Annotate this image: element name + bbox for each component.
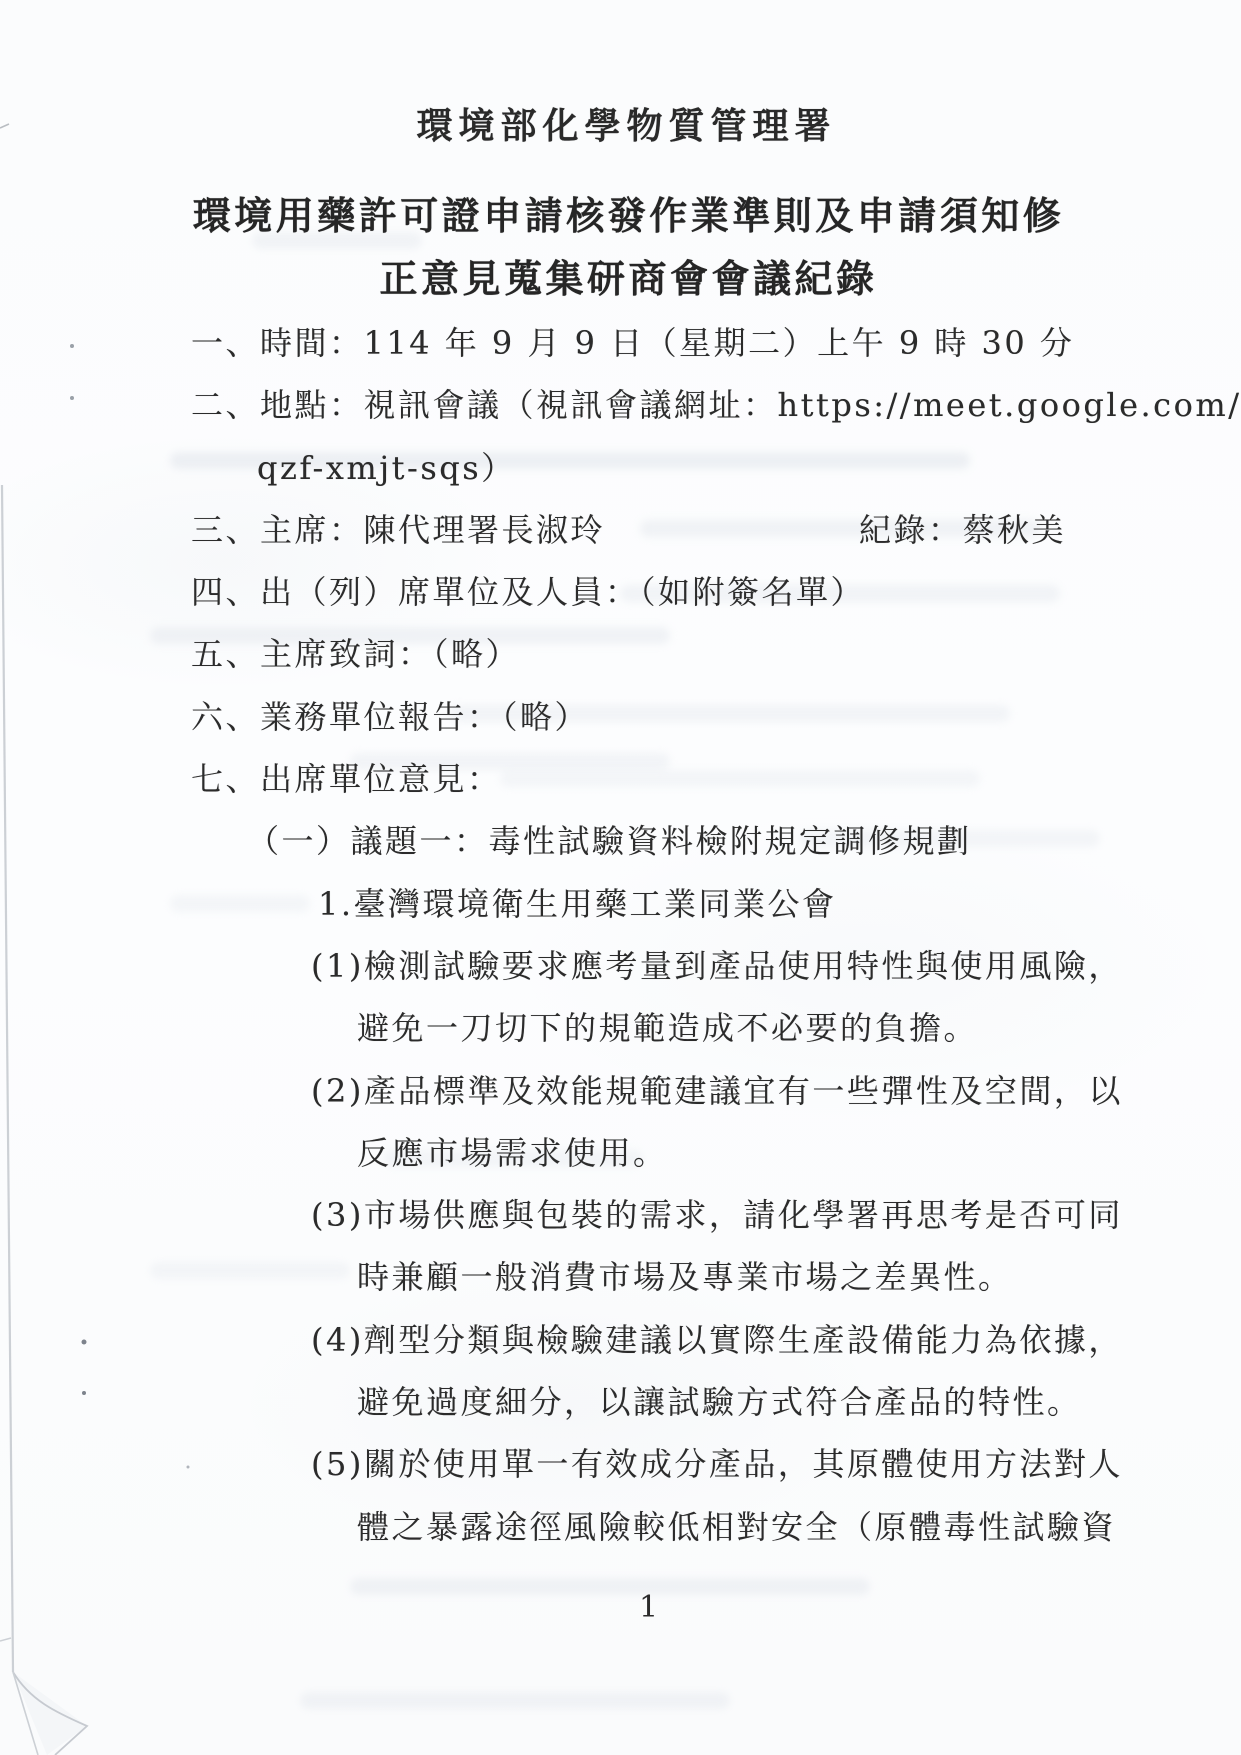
line-text: (5)關於使用單一有效成分產品，其原體使用方法對人	[311, 1445, 1123, 1483]
line-text: 五、主席致詞：（略）	[191, 635, 520, 673]
corner-fold-crease	[13, 1672, 38, 1755]
line-text: (4)劑型分類與檢驗建議以實際生產設備能力為依據，	[311, 1321, 1123, 1359]
line-text: 四、出（列）席單位及人員：（如附簽名單）	[191, 573, 865, 611]
line-text: 一、時間：114 年 9 月 9 日（星期二）上午 9 時 30 分	[191, 324, 1074, 362]
document-line: 四、出（列）席單位及人員：（如附簽名單）	[0, 561, 1241, 623]
doc-title-line2: 正意見蒐集研商會會議紀錄	[8, 247, 1241, 310]
document-line: (1)檢測試驗要求應考量到產品使用特性與使用風險，	[0, 935, 1241, 997]
line-text: 反應市場需求使用。	[357, 1134, 668, 1172]
document-line: (2)產品標準及效能規範建議宜有一些彈性及空間，以	[0, 1060, 1241, 1122]
line-text: 避免過度細分，以讓試驗方式符合產品的特性。	[357, 1383, 1082, 1421]
page-number: 1	[28, 1588, 1241, 1628]
document-line: 七、出席單位意見：	[0, 748, 1241, 810]
line-text: (2)產品標準及效能規範建議宜有一些彈性及空間，以	[311, 1072, 1123, 1110]
document-line: 時兼顧一般消費市場及專業市場之差異性。	[0, 1246, 1241, 1308]
org-title: 環境部化學物質管理署	[6, 104, 1241, 148]
document-line: 一、時間：114 年 9 月 9 日（星期二）上午 9 時 30 分	[0, 312, 1241, 374]
scanned-document-page: 環境部化學物質管理署 環境用藥許可證申請核發作業準則及申請須知修 正意見蒐集研商…	[0, 0, 1241, 1755]
document-line: 1.臺灣環境衛生用藥工業同業公會	[0, 873, 1241, 935]
line-text: 時兼顧一般消費市場及專業市場之差異性。	[357, 1258, 1013, 1296]
bleedthrough-artifact	[300, 1692, 730, 1709]
document-line: 六、業務單位報告：（略）	[0, 686, 1241, 748]
document-line: 五、主席致詞：（略）	[0, 623, 1241, 685]
line-text: 1.臺灣環境衛生用藥工業同業公會	[318, 885, 837, 923]
document-line: 避免過度細分，以讓試驗方式符合產品的特性。	[0, 1371, 1241, 1433]
line-text: (1)檢測試驗要求應考量到產品使用特性與使用風險，	[311, 947, 1123, 985]
document-line: （一）議題一：毒性試驗資料檢附規定調修規劃	[0, 810, 1241, 872]
line-text: 體之暴露途徑風險較低相對安全（原體毒性試驗資	[357, 1508, 1116, 1546]
document-body: 一、時間：114 年 9 月 9 日（星期二）上午 9 時 30 分 二、地點：…	[0, 312, 1241, 1558]
line-text: 避免一刀切下的規範造成不必要的負擔。	[357, 1009, 978, 1047]
line-text: 六、業務單位報告：（略）	[191, 698, 589, 736]
line-text: qzf-xmjt-sqs）	[257, 449, 516, 487]
edge-crease-tick	[0, 1638, 11, 1641]
document-line: 避免一刀切下的規範造成不必要的負擔。	[0, 997, 1241, 1059]
document-line: 二、地點：視訊會議（視訊會議網址：https://meet.google.com…	[0, 374, 1241, 436]
line-text: 七、出席單位意見：	[191, 760, 502, 798]
doc-title: 環境用藥許可證申請核發作業準則及申請須知修 正意見蒐集研商會會議紀錄	[8, 184, 1241, 310]
corner-fold-crease	[13, 1672, 87, 1755]
corner-fold-shadow	[13, 1672, 87, 1755]
document-line: qzf-xmjt-sqs）	[0, 437, 1241, 499]
line-text: (3)市場供應與包裝的需求，請化學署再思考是否可同	[311, 1196, 1123, 1234]
document-line: 三、主席：陳代理署長淑玲 紀錄：蔡秋美	[0, 499, 1241, 561]
line-text: （一）議題一：毒性試驗資料檢附規定調修規劃	[247, 822, 972, 860]
recorder-note: 紀錄：蔡秋美	[859, 499, 1066, 561]
line-text: 三、主席：陳代理署長淑玲	[191, 511, 605, 549]
document-line: (3)市場供應與包裝的需求，請化學署再思考是否可同	[0, 1184, 1241, 1246]
document-line: 反應市場需求使用。	[0, 1122, 1241, 1184]
document-line: 體之暴露途徑風險較低相對安全（原體毒性試驗資	[0, 1496, 1241, 1558]
line-text: 二、地點：視訊會議（視訊會議網址：https://meet.google.com…	[191, 386, 1241, 424]
doc-title-line1: 環境用藥許可證申請核發作業準則及申請須知修	[8, 184, 1241, 247]
document-line: (4)劑型分類與檢驗建議以實際生產設備能力為依據，	[0, 1309, 1241, 1371]
document-line: (5)關於使用單一有效成分產品，其原體使用方法對人	[0, 1433, 1241, 1495]
